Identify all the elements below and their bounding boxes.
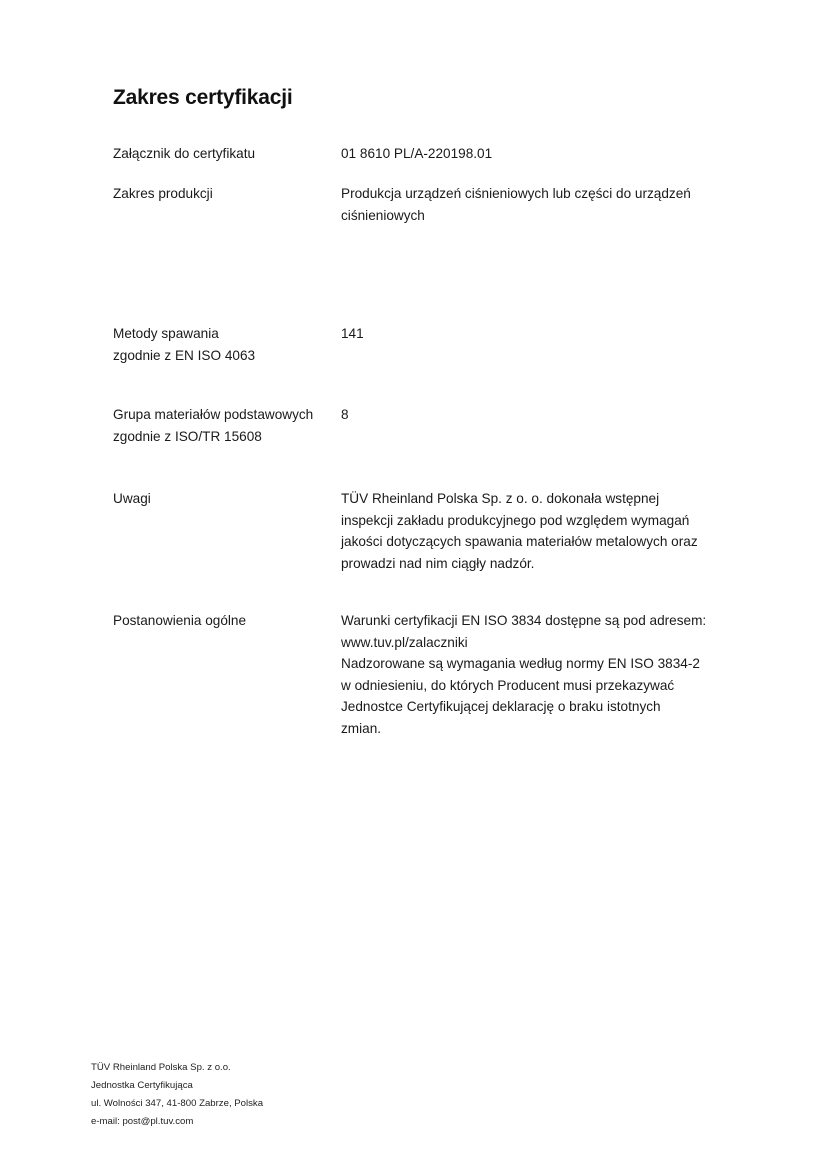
row-value: 141 (341, 323, 726, 345)
row-label: Uwagi (113, 488, 338, 510)
row-label: Zakres produkcji (113, 183, 338, 205)
row-value: TÜV Rheinland Polska Sp. z o. o. dokonał… (341, 488, 726, 574)
row-value: Warunki certyfikacji EN ISO 3834 dostępn… (341, 610, 726, 739)
row-value: 8 (341, 404, 726, 426)
footer-company: TÜV Rheinland Polska Sp. z o.o. (91, 1059, 263, 1077)
row-label: Postanowienia ogólne (113, 610, 338, 632)
footer-email: e-mail: post@pl.tuv.com (91, 1113, 263, 1131)
footer: TÜV Rheinland Polska Sp. z o.o. Jednostk… (91, 1059, 263, 1131)
row-value: Produkcja urządzeń ciśnieniowych lub czę… (341, 183, 726, 226)
row-label: Grupa materiałów podstawowych zgodnie z … (113, 404, 338, 447)
footer-address: ul. Wolności 347, 41-800 Zabrze, Polska (91, 1095, 263, 1113)
row-value: 01 8610 PL/A-220198.01 (341, 143, 726, 165)
document-page: Zakres certyfikacji Załącznik do certyfi… (0, 0, 826, 1169)
footer-unit: Jednostka Certyfikująca (91, 1077, 263, 1095)
row-label: Załącznik do certyfikatu (113, 143, 338, 165)
row-label: Metody spawania zgodnie z EN ISO 4063 (113, 323, 338, 366)
page-title: Zakres certyfikacji (113, 86, 293, 110)
